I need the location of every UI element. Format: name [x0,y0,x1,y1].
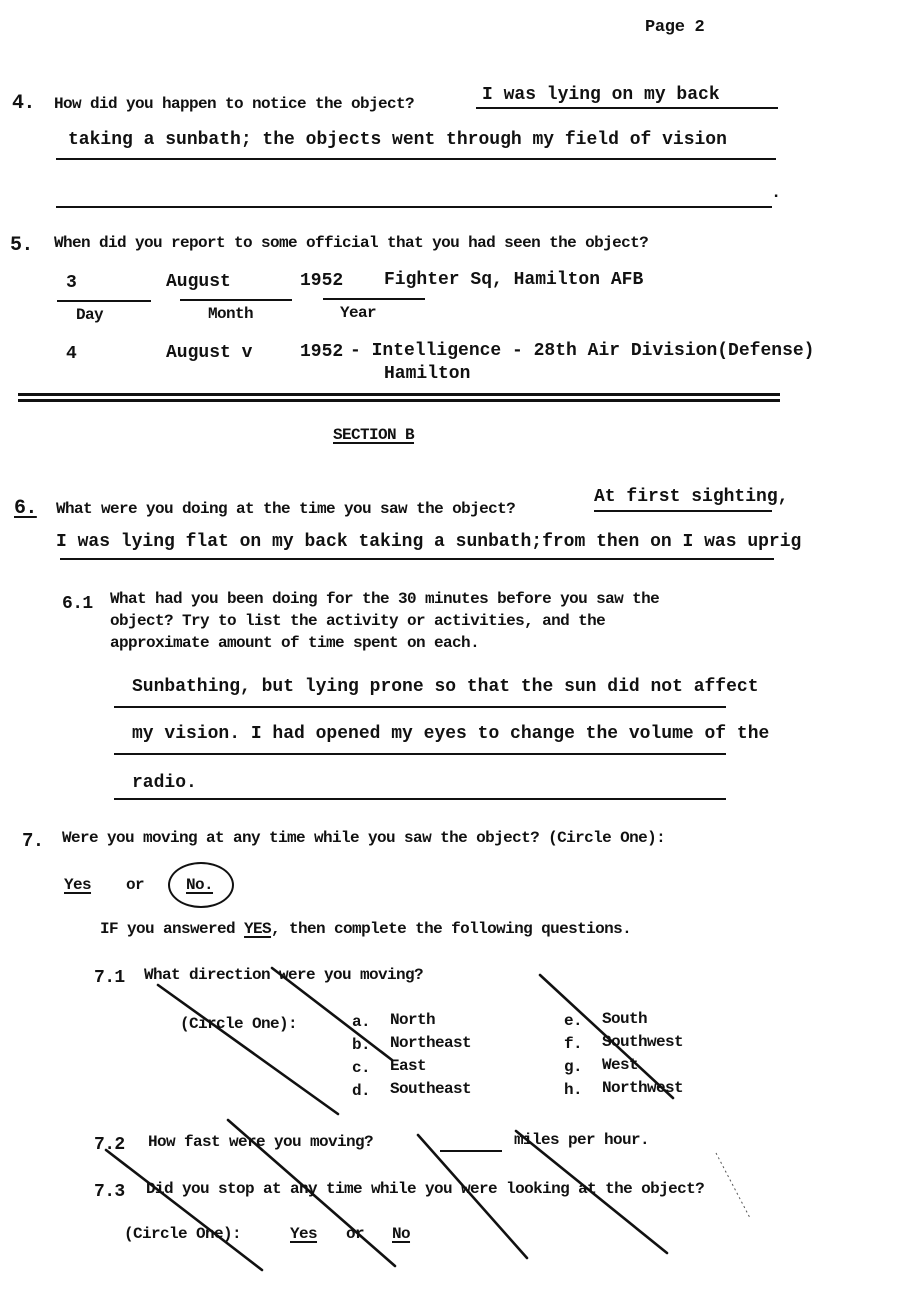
strikethrough-marks [0,0,900,1306]
